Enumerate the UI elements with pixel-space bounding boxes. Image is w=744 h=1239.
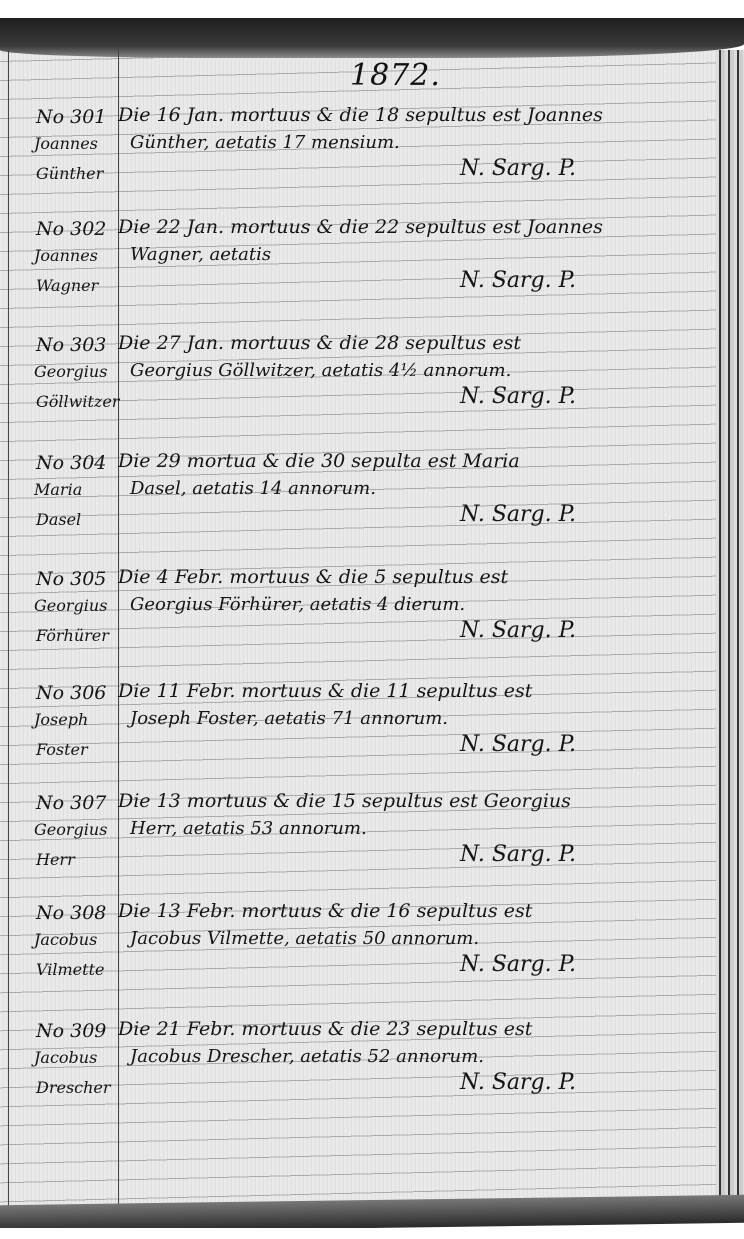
priest-signature: N. Sarg. P. xyxy=(460,952,576,977)
entry-text-line1: Die 13 mortuus & die 15 sepultus est Geo… xyxy=(118,790,571,812)
margin-surname: Foster xyxy=(36,740,88,759)
entry-number: No 307 xyxy=(36,792,106,814)
register-entry: No 306 Die 11 Febr. mortuus & die 11 sep… xyxy=(0,674,716,784)
register-entry: No 303 Die 27 Jan. mortuus & die 28 sepu… xyxy=(0,326,716,436)
year-heading: 1872. xyxy=(350,58,441,93)
priest-signature: N. Sarg. P. xyxy=(460,842,576,867)
priest-signature: N. Sarg. P. xyxy=(460,268,576,293)
entry-text-line2: Jacobus Drescher, aetatis 52 annorum. xyxy=(130,1046,484,1067)
entry-number: No 308 xyxy=(36,902,106,924)
margin-given-name: Georgius xyxy=(34,596,107,615)
priest-signature: N. Sarg. P. xyxy=(460,732,576,757)
margin-given-name: Georgius xyxy=(34,820,107,839)
entry-number: No 303 xyxy=(36,334,106,356)
top-dark-scan-edge xyxy=(0,18,744,58)
right-ruled-edge xyxy=(716,50,744,1220)
entry-text-line2: Herr, aetatis 53 annorum. xyxy=(130,818,367,839)
margin-surname: Günther xyxy=(36,164,103,183)
priest-signature: N. Sarg. P. xyxy=(460,502,576,527)
register-entry: No 301 Die 16 Jan. mortuus & die 18 sepu… xyxy=(0,98,716,208)
margin-given-name: Joannes xyxy=(34,246,98,265)
register-entry: No 304 Die 29 mortua & die 30 sepulta es… xyxy=(0,444,716,554)
margin-given-name: Jacobus xyxy=(34,930,97,949)
margin-given-name: Joannes xyxy=(34,134,98,153)
entry-text-line1: Die 27 Jan. mortuus & die 28 sepultus es… xyxy=(118,332,521,354)
entry-text-line2: Günther, aetatis 17 mensium. xyxy=(130,132,400,153)
register-entry: No 307 Die 13 mortuus & die 15 sepultus … xyxy=(0,784,716,894)
margin-surname: Göllwitzer xyxy=(36,392,119,411)
entry-text-line2: Joseph Foster, aetatis 71 annorum. xyxy=(130,708,448,729)
entry-text-line1: Die 11 Febr. mortuus & die 11 sepultus e… xyxy=(118,680,532,702)
entry-number: No 306 xyxy=(36,682,106,704)
margin-given-name: Jacobus xyxy=(34,1048,97,1067)
register-entry: No 309 Die 21 Febr. mortuus & die 23 sep… xyxy=(0,1012,716,1122)
margin-given-name: Maria xyxy=(34,480,82,499)
register-entry: No 302 Die 22 Jan. mortuus & die 22 sepu… xyxy=(0,210,716,320)
margin-surname: Vilmette xyxy=(36,960,104,979)
priest-signature: N. Sarg. P. xyxy=(460,1070,576,1095)
entry-text-line1: Die 21 Febr. mortuus & die 23 sepultus e… xyxy=(118,1018,532,1040)
top-white-border xyxy=(0,0,744,20)
entry-text-line2: Dasel, aetatis 14 annorum. xyxy=(130,478,376,499)
margin-surname: Herr xyxy=(36,850,75,869)
entry-number: No 302 xyxy=(36,218,106,240)
priest-signature: N. Sarg. P. xyxy=(460,384,576,409)
entry-text-line1: Die 22 Jan. mortuus & die 22 sepultus es… xyxy=(118,216,603,238)
margin-surname: Drescher xyxy=(36,1078,111,1097)
priest-signature: N. Sarg. P. xyxy=(460,156,576,181)
margin-given-name: Georgius xyxy=(34,362,107,381)
margin-surname: Wagner xyxy=(36,276,98,295)
entry-text-line2: Wagner, aetatis xyxy=(130,244,271,265)
entry-text-line2: Georgius Göllwitzer, aetatis 4½ annorum. xyxy=(130,360,511,381)
entry-text-line1: Die 4 Febr. mortuus & die 5 sepultus est xyxy=(118,566,508,588)
margin-given-name: Joseph xyxy=(34,710,88,729)
register-entry: No 308 Die 13 Febr. mortuus & die 16 sep… xyxy=(0,894,716,1004)
margin-surname: Förhürer xyxy=(36,626,109,645)
entry-number: No 305 xyxy=(36,568,106,590)
entry-text-line1: Die 29 mortua & die 30 sepulta est Maria xyxy=(118,450,520,472)
entry-text-line1: Die 16 Jan. mortuus & die 18 sepultus es… xyxy=(118,104,603,126)
entry-number: No 304 xyxy=(36,452,106,474)
entry-text-line1: Die 13 Febr. mortuus & die 16 sepultus e… xyxy=(118,900,532,922)
entry-text-line2: Jacobus Vilmette, aetatis 50 annorum. xyxy=(130,928,479,949)
margin-surname: Dasel xyxy=(36,510,81,529)
entry-text-line2: Georgius Förhürer, aetatis 4 dierum. xyxy=(130,594,465,615)
entry-number: No 301 xyxy=(36,106,106,128)
priest-signature: N. Sarg. P. xyxy=(460,618,576,643)
entry-number: No 309 xyxy=(36,1020,106,1042)
register-entry: No 305 Die 4 Febr. mortuus & die 5 sepul… xyxy=(0,560,716,670)
bottom-white-border xyxy=(0,1228,744,1239)
